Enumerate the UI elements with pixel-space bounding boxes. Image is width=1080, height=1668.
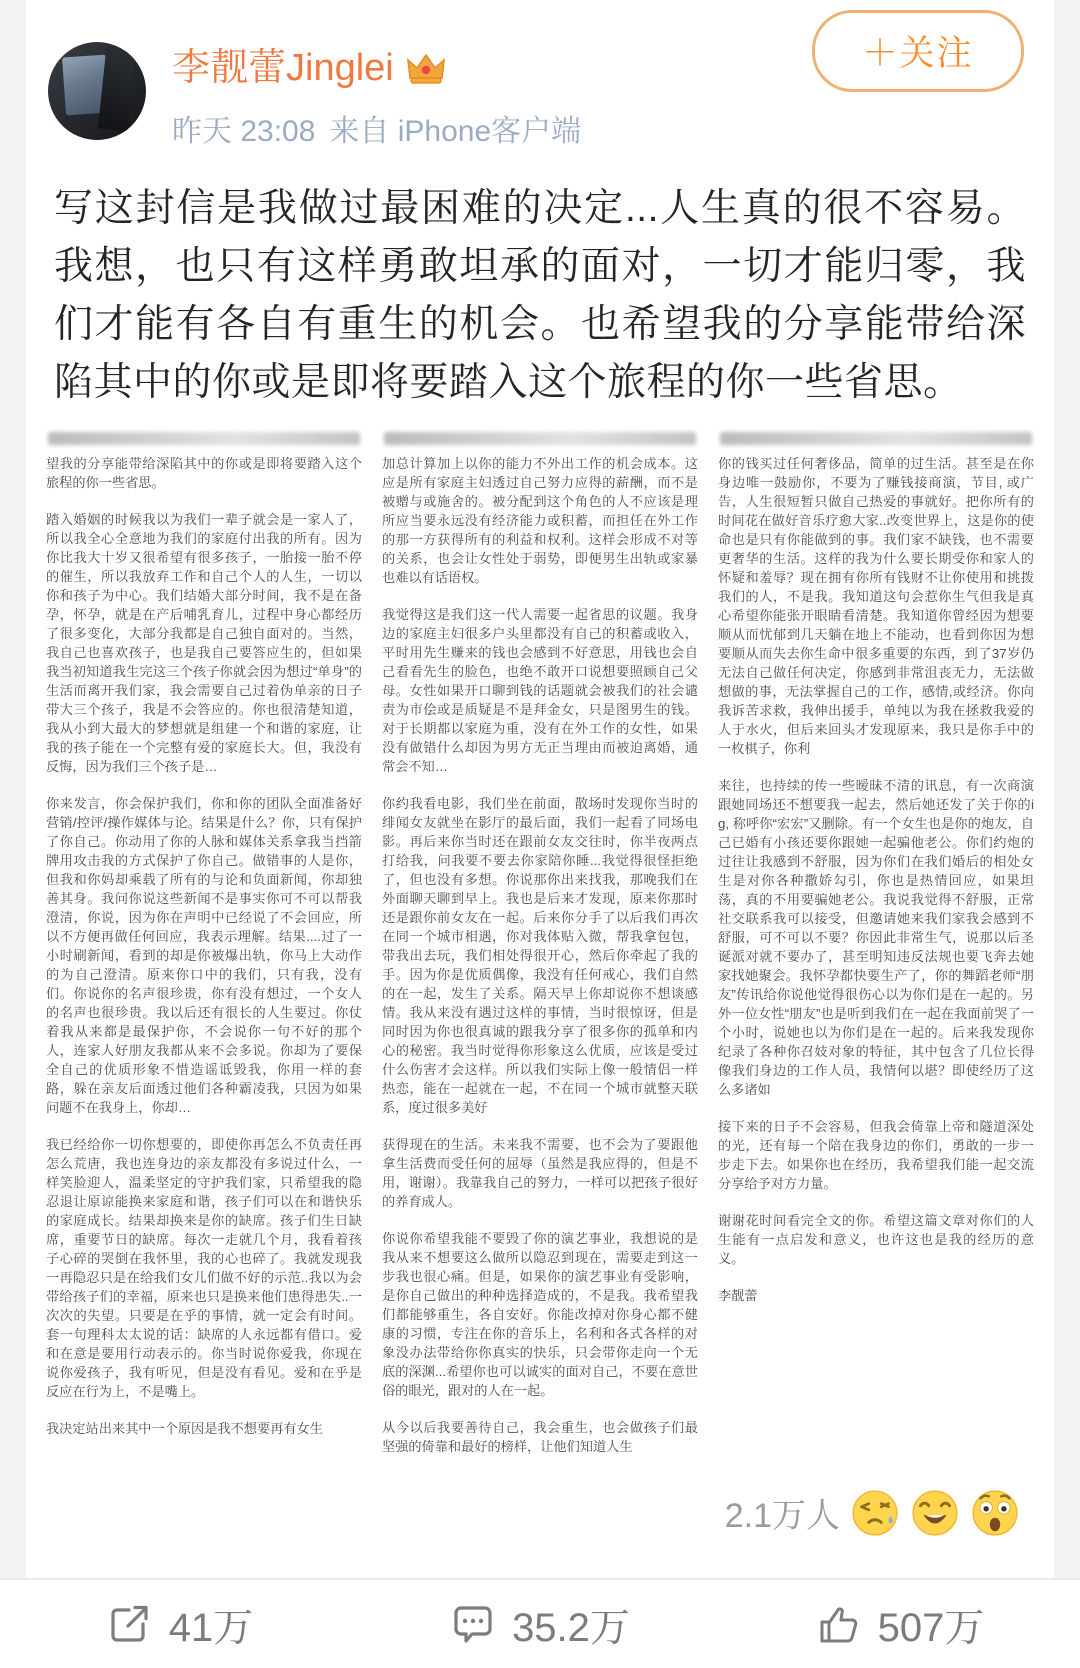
header-text-block: 李靓蕾Jinglei 昨天 23:08 来自 iPhone客户端 <box>172 42 581 150</box>
letter-paragraph: 我觉得这是我们这一代人需要一起省思的议题。我身边的家庭主妇很多户头里都没有自己的… <box>382 605 698 776</box>
cropped-line-decoration <box>720 432 1032 445</box>
letter-paragraph: 踏入婚姻的时候我以为我们一辈子就会是一家人了，所以我全心全意地为我们的家庭付出我… <box>46 510 362 776</box>
letter-column-1: 望我的分享能带给深陷其中的你或是即将要踏入这个旅程的你一些省思。 踏入婚姻的时候… <box>46 432 362 1474</box>
timestamp: 昨天 23:08 <box>172 106 315 150</box>
letter-paragraph: 我已经给你一切你想要的，即使你再怎么不负责任再怎么荒唐，我也连身边的亲友都没有多… <box>46 1135 362 1401</box>
like-button[interactable]: 507万 <box>720 1580 1080 1668</box>
cropped-line-decoration <box>384 432 696 445</box>
letter-paragraph: 你说你希望我能不要毁了你的演艺事业，我想说的是我从来不想要这么做所以隐忍到现在，… <box>382 1229 698 1400</box>
username[interactable]: 李靓蕾Jinglei <box>172 48 394 90</box>
persevering-face-icon <box>850 1488 900 1538</box>
reactions-row[interactable]: 2.1万人 <box>26 1474 1054 1538</box>
letter-paragraph: 从今以后我要善待自己，我会重生，也会做孩子们最坚强的倚靠和最好的榜样，让他们知道… <box>382 1418 698 1456</box>
letter-column-2: 加总计算加上以你的能力不外出工作的机会成本。这应是所有家庭主妇透过自己努力应得的… <box>382 432 698 1474</box>
letter-paragraph: 我决定站出来其中一个原因是我不想要再有女生 <box>46 1419 362 1438</box>
letter-paragraph: 加总计算加上以你的能力不外出工作的机会成本。这应是所有家庭主妇透过自己努力应得的… <box>382 454 698 587</box>
comment-icon <box>450 1601 496 1647</box>
letter-signature: 李靓蕾 <box>718 1286 1034 1305</box>
vip-crown-icon <box>406 52 446 86</box>
letter-paragraph: 你的钱买过任何奢侈品，简单的过生活。甚至是在你身边唯一鼓励你，不要为了赚钱接商演… <box>718 454 1034 758</box>
reaction-count: 2.1万人 <box>725 1488 840 1537</box>
laughing-face-icon <box>910 1488 960 1538</box>
share-button[interactable]: 41万 <box>0 1580 360 1668</box>
letter-paragraph: 获得现在的生活。未来我不需要，也不会为了要跟他拿生活费而受任何的屈辱（虽然是我应… <box>382 1135 698 1211</box>
comment-button[interactable]: 35.2万 <box>360 1580 720 1668</box>
astonished-face-icon <box>970 1488 1020 1538</box>
share-icon <box>107 1601 153 1647</box>
letter-paragraph: 谢谢花时间看完全文的你。希望这篇文章对你们的人生能有一点启发和意义，也许这也是我… <box>718 1211 1034 1268</box>
post-header: 李靓蕾Jinglei 昨天 23:08 来自 iPhone客户端 ＋关注 <box>26 0 1054 150</box>
comment-count: 35.2万 <box>512 1596 630 1653</box>
like-count: 507万 <box>878 1596 985 1653</box>
source-link[interactable]: 来自 iPhone客户端 <box>329 106 581 150</box>
letter-column-3: 你的钱买过任何奢侈品，简单的过生活。甚至是在你身边唯一鼓励你，不要为了赚钱接商演… <box>718 432 1034 1474</box>
letter-paragraph: 接下来的日子不会容易，但我会倚靠上帝和隧道深处的光，还有每一个陪在我身边的你们，… <box>718 1117 1034 1193</box>
action-toolbar: 41万 35.2万 507万 <box>0 1578 1080 1668</box>
post-text: 写这封信是我做过最困难的决定...人生真的很不容易。我想，也只有这样勇敢坦承的面… <box>54 180 1026 412</box>
thumbs-up-icon <box>816 1601 862 1647</box>
post-card: 李靓蕾Jinglei 昨天 23:08 来自 iPhone客户端 ＋关注 写这封… <box>26 0 1054 1578</box>
letter-paragraph: 来往，也持续的传一些暧昧不清的讯息，有一次商演跟她同场还不想要我一起去，然后她还… <box>718 776 1034 1099</box>
letter-paragraph: 你来发言，你会保护我们，你和你的团队全面准备好营销/控评/操作媒体与论。结果是什… <box>46 794 362 1117</box>
avatar[interactable] <box>48 42 146 140</box>
follow-button[interactable]: ＋关注 <box>812 10 1024 92</box>
cropped-line-decoration <box>48 432 360 445</box>
letter-paragraph: 你约我看电影，我们坐在前面，散场时发现你当时的绯闻女友就坐在影厅的最后面，我们一… <box>382 794 698 1117</box>
share-count: 41万 <box>169 1596 254 1653</box>
letter-paragraph: 望我的分享能带给深陷其中的你或是即将要踏入这个旅程的你一些省思。 <box>46 454 362 492</box>
letter-image[interactable]: 望我的分享能带给深陷其中的你或是即将要踏入这个旅程的你一些省思。 踏入婚姻的时候… <box>36 428 1044 1474</box>
